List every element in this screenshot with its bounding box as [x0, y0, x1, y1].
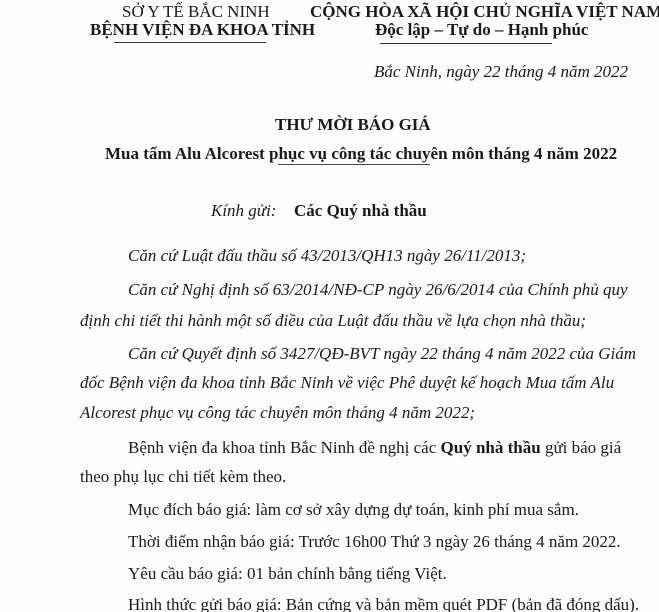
- basis-decision-line2: đốc Bệnh viện đa khoa tỉnh Bắc Ninh về v…: [80, 373, 614, 393]
- document-subtitle: Mua tấm Alu Alcorest phục vụ công tác ch…: [105, 144, 617, 164]
- basis-law: Căn cứ Luật đấu thầu số 43/2013/QH13 ngà…: [128, 246, 526, 266]
- place-date: Bắc Ninh, ngày 22 tháng 4 năm 2022: [374, 62, 628, 82]
- national-motto: Độc lập – Tự do – Hạnh phúc: [375, 20, 588, 40]
- basis-decision-line3: Alcorest phục vụ công tác chuyên môn thá…: [80, 403, 475, 423]
- request-text-bold: Quý nhà thầu: [441, 438, 541, 457]
- detail-requirement: Yêu cầu báo giá: 01 bản chính bằng tiếng…: [128, 564, 447, 584]
- detail-submission-format: Hình thức gửi báo giá: Bản cứng và bản m…: [128, 595, 639, 612]
- detail-deadline: Thời điểm nhận báo giá: Trước 16h00 Thứ …: [128, 532, 621, 552]
- basis-decree-line2: định chi tiết thi hành một số điều của L…: [80, 311, 586, 331]
- document-title: THƯ MỜI BÁO GIÁ: [275, 115, 431, 135]
- recipient: Các Quý nhà thầu: [294, 201, 427, 221]
- organization-name: BỆNH VIỆN ĐA KHOA TỈNH: [90, 20, 315, 40]
- detail-purpose: Mục đích báo giá: làm cơ sở xây dựng dự …: [128, 500, 579, 520]
- basis-decision-line1: Căn cứ Quyết định số 3427/QĐ-BVT ngày 22…: [128, 344, 636, 364]
- agency-name: SỞ Y TẾ BẮC NINH: [122, 2, 270, 22]
- request-line2: theo phụ lục chi tiết kèm theo.: [80, 467, 286, 487]
- request-text-after: gửi báo giá: [541, 438, 622, 457]
- subtitle-underline: [278, 164, 430, 165]
- left-header-divider: [114, 42, 266, 43]
- basis-decree-line1: Căn cứ Nghị định số 63/2014/NĐ-CP ngày 2…: [128, 280, 628, 300]
- country-name: CỘNG HÒA XÃ HỘI CHỦ NGHĨA VIỆT NAM: [310, 2, 659, 22]
- request-line1: Bệnh viện đa khoa tỉnh Bắc Ninh đề nghị …: [128, 438, 621, 458]
- right-header-divider: [380, 43, 552, 44]
- recipient-label: Kính gửi:: [211, 201, 276, 221]
- request-text-before: Bệnh viện đa khoa tỉnh Bắc Ninh đề nghị …: [128, 438, 441, 457]
